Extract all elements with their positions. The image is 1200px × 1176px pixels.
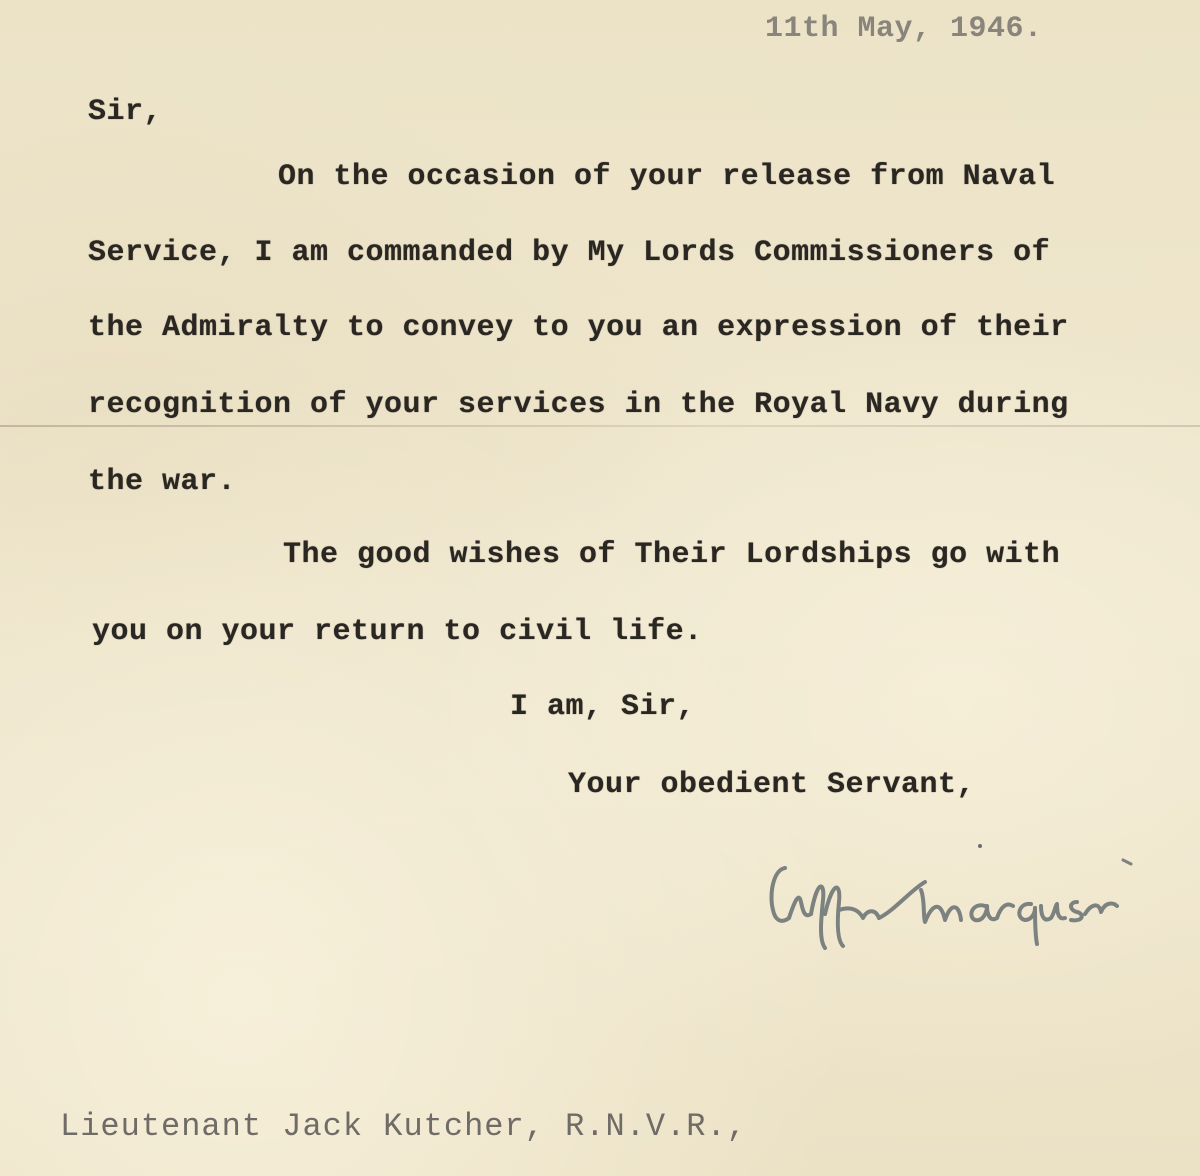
- body-line-7: you on your return to civil life.: [92, 615, 703, 649]
- body-line-1: On the occasion of your release from Nav…: [278, 160, 1055, 194]
- signature-icon: [755, 840, 1135, 960]
- recipient-line: Lieutenant Jack Kutcher, R.N.V.R.,: [60, 1108, 747, 1145]
- handwritten-signature: [755, 840, 1135, 960]
- closing-line-2: Your obedient Servant,: [568, 768, 975, 802]
- fold-crease: [0, 425, 1200, 427]
- body-line-6: The good wishes of Their Lordships go wi…: [283, 538, 1060, 572]
- letter-date: 11th May, 1946.: [765, 12, 1043, 46]
- letter-page: 11th May, 1946. Sir, On the occasion of …: [0, 0, 1200, 1176]
- body-line-3: the Admiralty to convey to you an expres…: [88, 311, 1069, 345]
- salutation: Sir,: [88, 95, 162, 129]
- body-line-5: the war.: [88, 465, 236, 499]
- body-line-2: Service, I am commanded by My Lords Comm…: [88, 236, 1050, 270]
- body-line-4: recognition of your services in the Roya…: [88, 388, 1069, 422]
- closing-line-1: I am, Sir,: [510, 690, 695, 724]
